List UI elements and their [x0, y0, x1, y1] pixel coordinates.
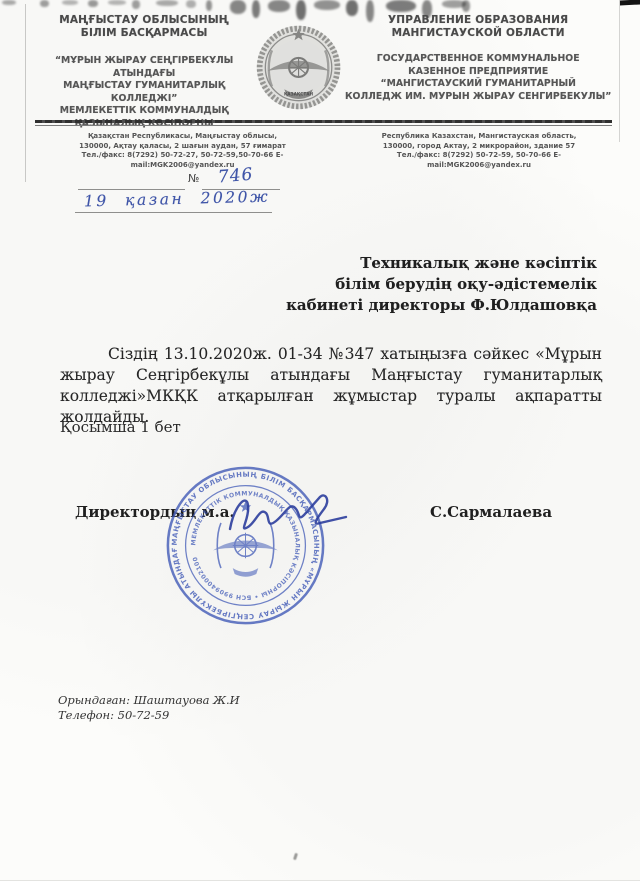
scan-corner-mark	[620, 0, 640, 6]
scan-speck	[293, 853, 298, 861]
signatory-name: С.Сармалаева	[430, 503, 552, 521]
contact-info-kazakh: Қазақстан Республикасы, Маңғыстау облысы…	[40, 132, 325, 170]
executor-name: Орындаған: Шаштауова Ж.И	[58, 693, 240, 708]
org-name-ru-line1: ГОСУДАРСТВЕННОЕ КОММУНАЛЬНОЕ	[344, 53, 612, 66]
org-name-kk-line1: “МҰРЫН ЖЫРАУ СЕҢГІРБЕКҰЛЫ АТЫНДАҒЫ	[35, 55, 253, 80]
org-name-ru-line4: КОЛЛЕДЖ ИМ. МУРЫН ЖЫРАУ СЕНГИРБЕКУЛЫ”	[344, 91, 612, 104]
ref-date-line	[75, 211, 272, 213]
address-kk-line2: 130000, Ақтау қаласы, 2 шағын аудан, 57 …	[40, 142, 325, 152]
address-ru-line1: Республика Казахстан, Мангистауская обла…	[348, 132, 610, 142]
authority-name-ru-line2: МАНГИСТАУСКОЙ ОБЛАСТИ	[344, 27, 612, 40]
executor-footer: Орындаған: Шаштауова Ж.И Телефон: 50-72-…	[58, 693, 240, 722]
ref-number-handwritten: 746	[217, 164, 254, 187]
address-ru-line2: 130000, город Актау, 2 микрорайон, здани…	[348, 142, 610, 152]
recipient-line2: білім берудің оқу-әдістемелік	[267, 274, 597, 295]
kazakhstan-emblem-icon: ҚАЗАҚСТАН	[253, 8, 344, 130]
authority-name-ru-line1: УПРАВЛЕНИЕ ОБРАЗОВАНИЯ	[344, 14, 612, 27]
attachment-note: Қосымша 1 бет	[60, 418, 181, 436]
org-name-kk-line3: МЕМЛЕКЕТТІК КОММУНАЛДЫҚ	[35, 105, 253, 118]
scan-edge-left	[25, 4, 26, 182]
scanned-letter-page: МАҢҒЫСТАУ ОБЛЫСЫНЫҢ БІЛІМ БАСҚАРМАСЫ “МҰ…	[0, 0, 640, 881]
address-kk-line1: Қазақстан Республикасы, Маңғыстау облысы…	[40, 132, 325, 142]
letterhead-divider	[35, 120, 612, 126]
letterhead: МАҢҒЫСТАУ ОБЛЫСЫНЫҢ БІЛІМ БАСҚАРМАСЫ “МҰ…	[35, 8, 612, 130]
authority-name-kk-line1: МАҢҒЫСТАУ ОБЛЫСЫНЫҢ	[35, 14, 253, 27]
authority-name-kk-line2: БІЛІМ БАСҚАРМАСЫ	[35, 27, 253, 40]
executor-phone: Телефон: 50-72-59	[58, 708, 240, 723]
org-name-ru-line3: “МАНГИСТАУСКИЙ ГУМАНИТАРНЫЙ	[344, 78, 612, 91]
org-name-ru-line2: КАЗЕННОЕ ПРЕДПРИЯТИЕ	[344, 66, 612, 79]
handwritten-signature	[212, 477, 362, 552]
address-kk-line3: Тел./факс: 8(7292) 50-72-27, 50-72-59,50…	[40, 151, 325, 170]
letterhead-kazakh-block: МАҢҒЫСТАУ ОБЛЫСЫНЫҢ БІЛІМ БАСҚАРМАСЫ “МҰ…	[35, 8, 253, 130]
ref-number-label: №	[188, 172, 199, 185]
recipient-line3: кабинеті директоры Ф.Юлдашовқа	[267, 295, 597, 316]
ref-date-handwritten: 19 қазан 2020ж	[84, 188, 271, 211]
letter-body-paragraph: Сіздің 13.10.2020ж. 01-34 №347 хатыңызға…	[60, 344, 602, 428]
emblem-banner-text: ҚАЗАҚСТАН	[284, 91, 314, 97]
recipient-line1: Техникалық және кәсіптік	[267, 253, 597, 274]
recipient-block: Техникалық және кәсіптік білім берудің о…	[267, 253, 597, 316]
scan-edge-right	[619, 0, 620, 142]
address-ru-line3: Тел./факс: 8(7292) 50-72-59, 50-70-66 E-…	[348, 151, 610, 170]
contact-info-russian: Республика Казахстан, Мангистауская обла…	[348, 132, 610, 170]
letterhead-russian-block: УПРАВЛЕНИЕ ОБРАЗОВАНИЯ МАНГИСТАУСКОЙ ОБЛ…	[344, 8, 612, 130]
org-name-kk-line2: МАҢҒЫСТАУ ГУМАНИТАРЛЫҚ КОЛЛЕДЖІ”	[35, 80, 253, 105]
